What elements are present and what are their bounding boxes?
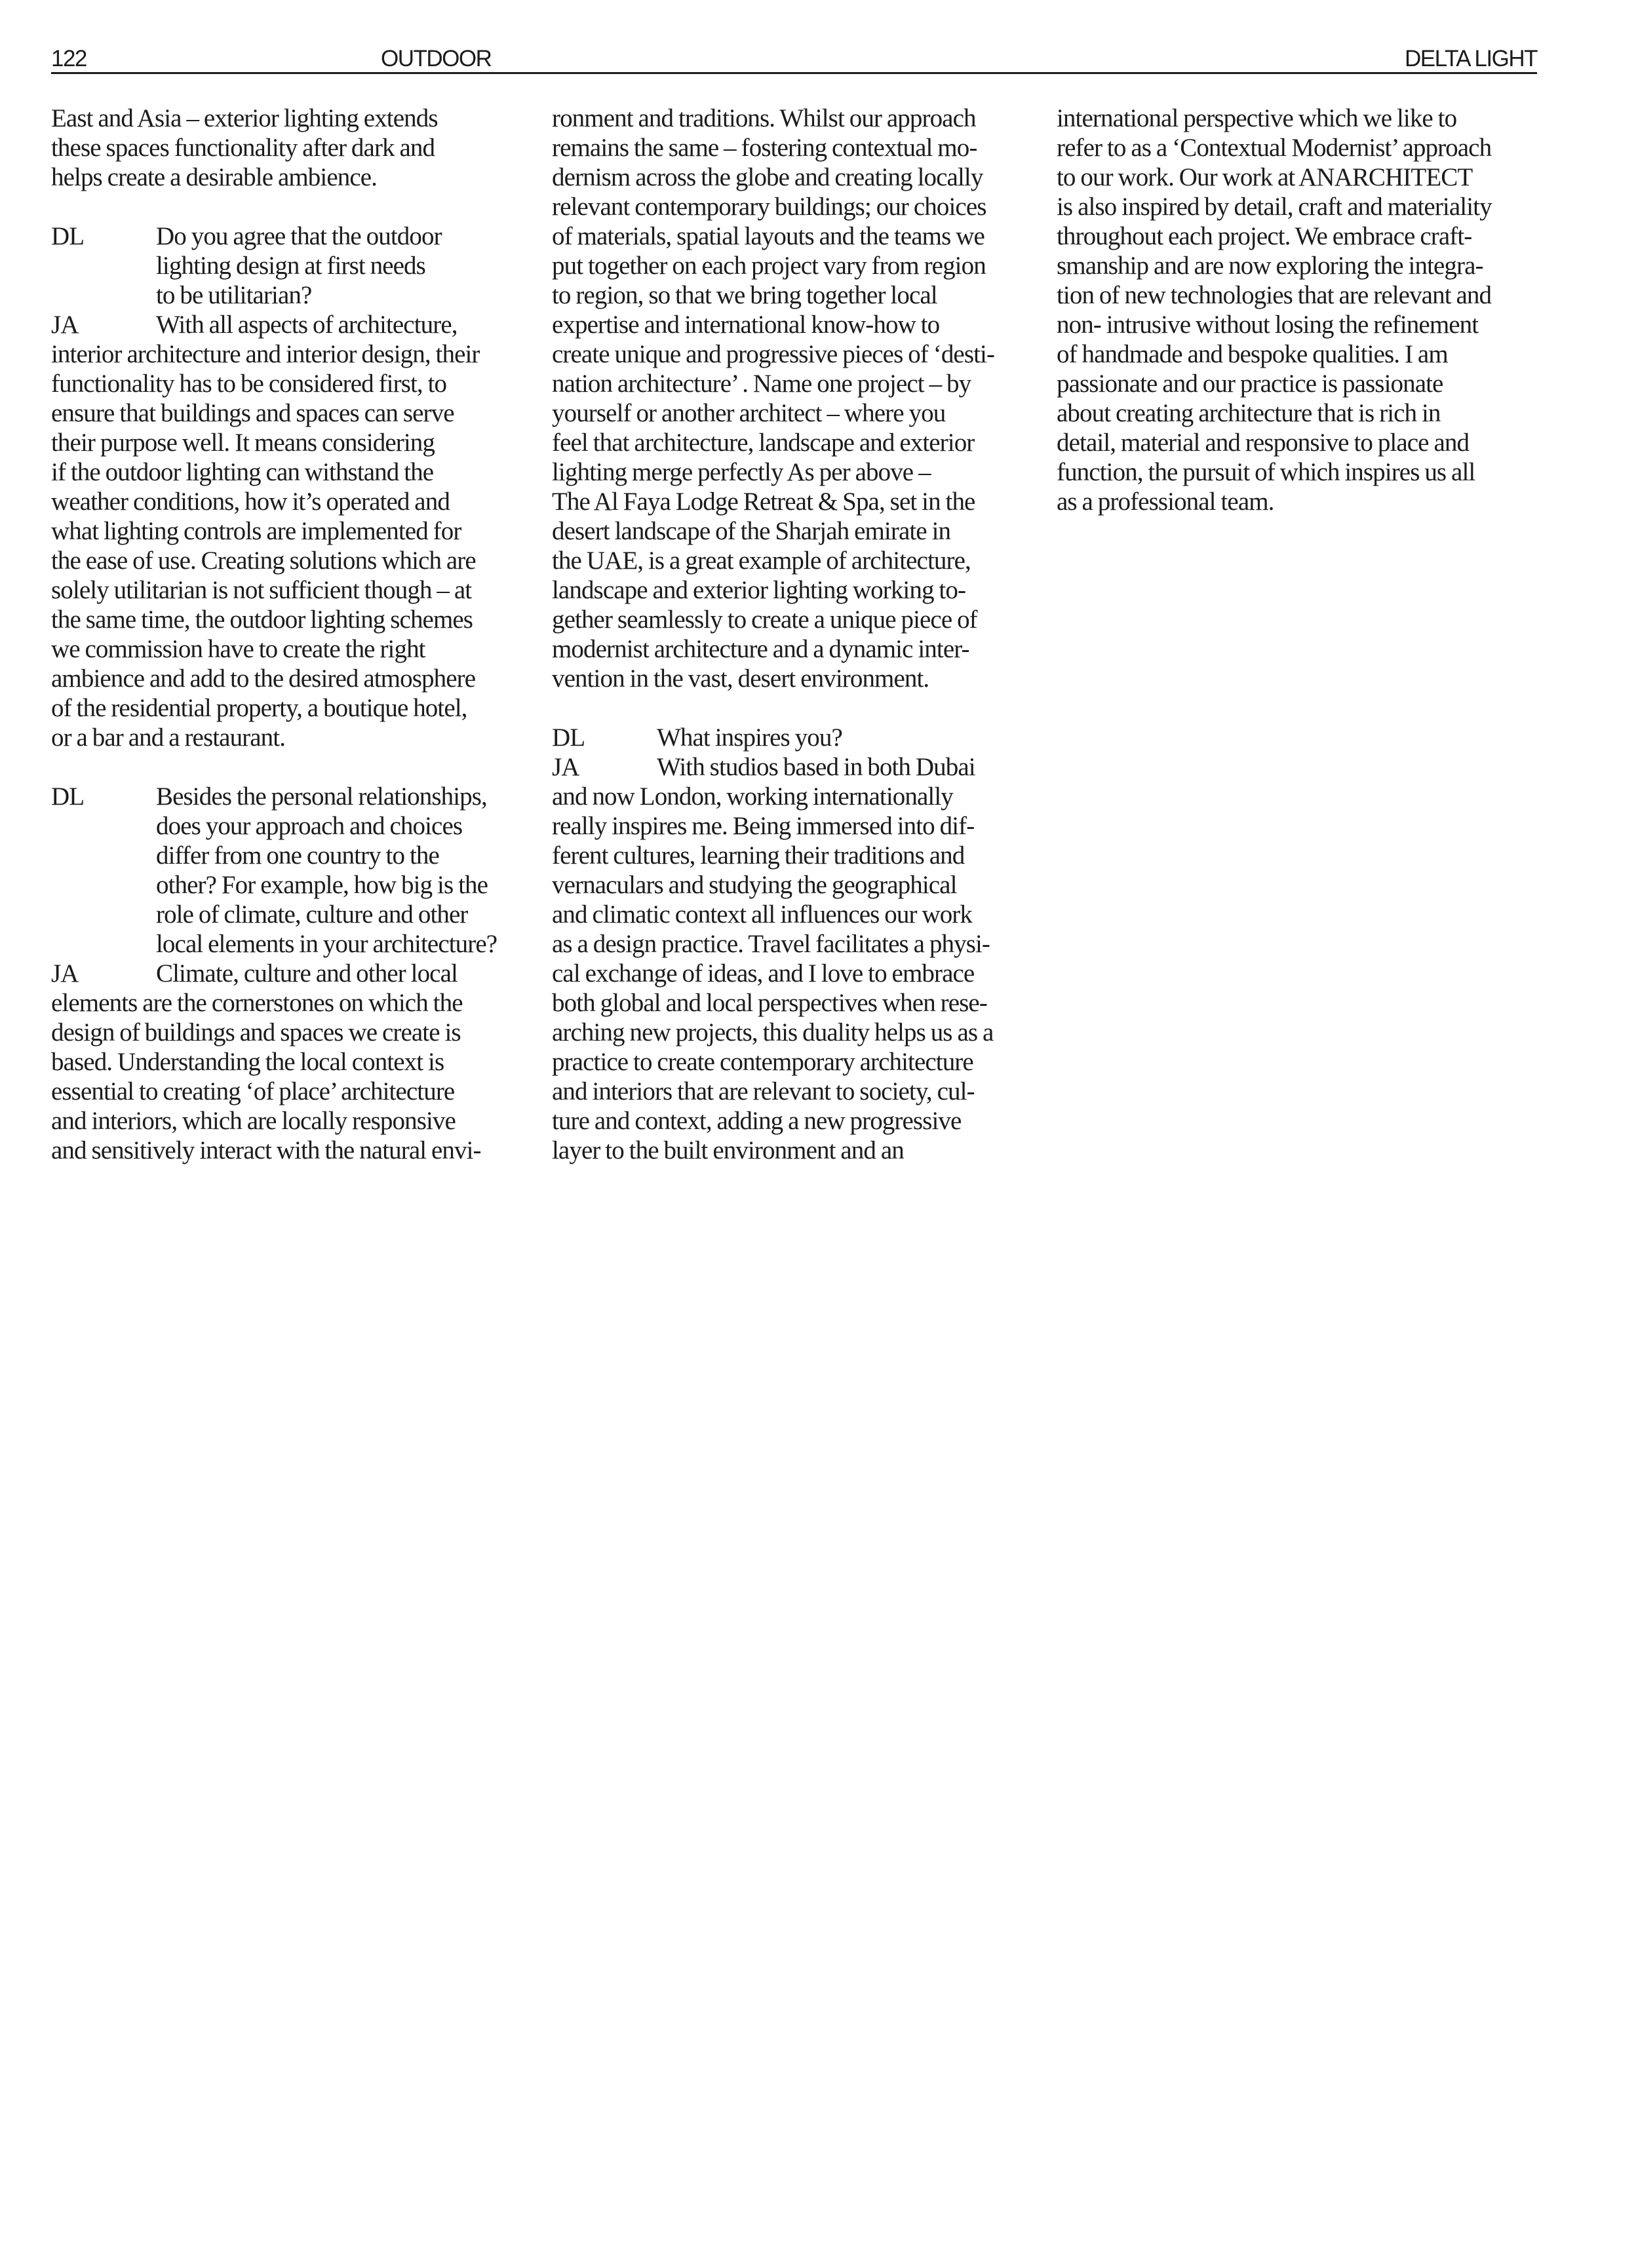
paragraph-gap [552,693,1037,723]
interview-question: DL Besides the personal relationships, d… [51,782,536,959]
body-paragraph: international perspective which we like … [1057,104,1542,516]
body-paragraph: East and Asia – exterior lighting extend… [51,104,536,192]
interview-question: DL What inspires you? [552,723,1037,752]
speaker-label: DL [51,782,84,811]
speaker-label: DL [552,723,585,752]
speaker-label: DL [51,221,84,251]
interview-answer: JA Climate, culture and other local elem… [51,959,536,1165]
speaker-label: JA [51,310,79,339]
answer-text: With all aspects of architecture, interi… [51,310,536,752]
text-column-2: ronment and traditions. Whilst our appro… [552,104,1037,1165]
paragraph-gap [51,192,536,221]
interview-answer: JA With all aspects of architecture, int… [51,310,536,752]
header-rule [51,72,1537,74]
speaker-label: JA [552,752,579,782]
question-text: Do you agree that the outdoor lighting d… [51,221,536,310]
page-number: 122 [51,46,87,72]
text-column-1: East and Asia – exterior lighting extend… [51,104,536,1165]
interview-question: DL Do you agree that the outdoor lightin… [51,221,536,310]
section-title: OUTDOOR [381,46,491,72]
body-paragraph: ronment and traditions. Whilst our appro… [552,104,1037,693]
publication-brand: DELTA LIGHT [1405,46,1537,72]
answer-text: Climate, culture and other local element… [51,959,536,1165]
interview-answer: JA With studios based in both Dubai and … [552,752,1037,1165]
answer-text: With studios based in both Dubai and now… [552,752,1037,1165]
text-column-3: international perspective which we like … [1057,104,1542,516]
speaker-label: JA [51,959,79,988]
paragraph-gap [51,752,536,782]
question-text: What inspires you? [552,723,1037,752]
question-text: Besides the personal relationships, does… [51,782,536,959]
running-header: 122 OUTDOOR DELTA LIGHT [51,41,1537,73]
